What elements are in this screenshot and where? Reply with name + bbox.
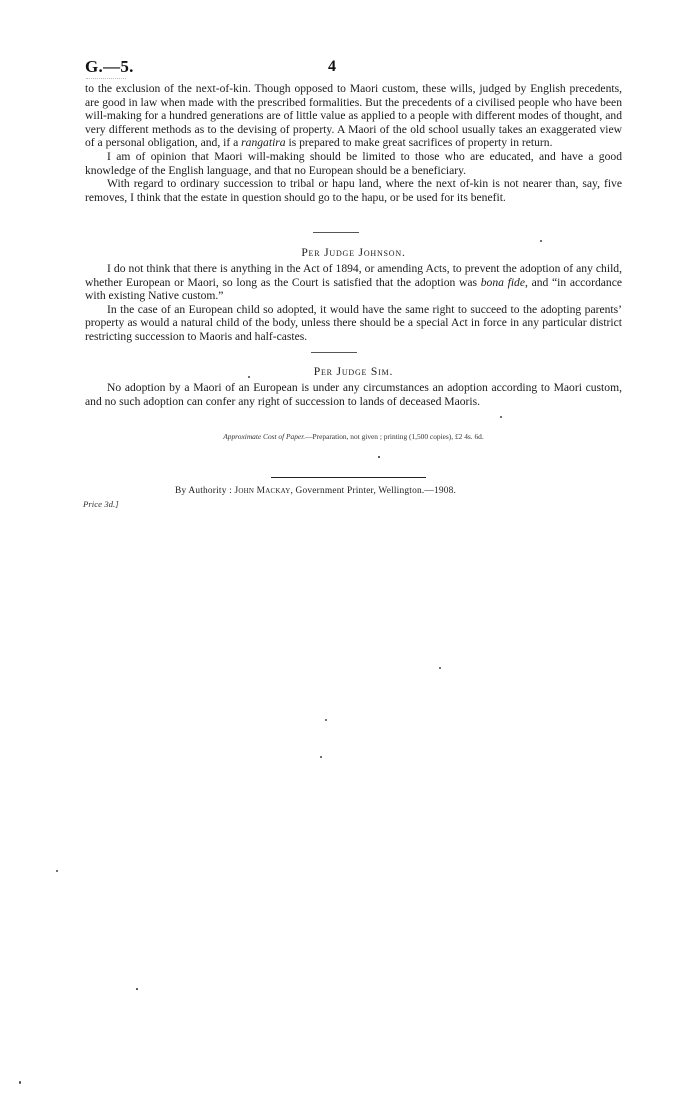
scan-speck	[540, 240, 542, 242]
cost-of-paper-note: Approximate Cost of Paper.—Preparation, …	[85, 432, 622, 441]
header-underline-mark	[86, 78, 126, 81]
scan-speck	[500, 416, 502, 418]
printer-name: John Mackay	[235, 486, 291, 496]
scan-speck	[325, 719, 327, 721]
imprint-rule	[271, 477, 426, 478]
paper-reference: G.—5.	[85, 57, 134, 77]
section-divider	[313, 232, 359, 233]
scan-speck	[19, 1081, 21, 1084]
document-page: G.—5. 4 to the exclusion of the next-of-…	[0, 0, 700, 1119]
johnson-section: I do not think that there is anything in…	[85, 262, 622, 344]
scan-speck	[320, 756, 322, 758]
italic-term: bona fide	[481, 276, 525, 289]
paragraph-no-adoption: No adoption by a Maori of an European is…	[85, 381, 622, 408]
continuation-section: to the exclusion of the next-of-kin. Tho…	[85, 82, 622, 204]
section-divider	[311, 352, 357, 353]
scan-speck	[56, 870, 58, 872]
heading-per-judge-sim: Per Judge Sim.	[85, 365, 622, 378]
paragraph-act-1894: I do not think that there is anything in…	[85, 262, 622, 303]
paragraph-european-child: In the case of an European child so adop…	[85, 303, 622, 344]
page-number: 4	[328, 58, 336, 76]
scan-speck	[439, 667, 441, 669]
printer-imprint: By Authority : John Mackay, Government P…	[175, 486, 456, 496]
paragraph-opinion: I am of opinion that Maori will-making s…	[85, 150, 622, 177]
italic-term: rangatira	[241, 136, 285, 149]
scan-speck	[378, 456, 380, 458]
price-label: Price 3d.]	[83, 499, 119, 509]
sim-section: No adoption by a Maori of an European is…	[85, 381, 622, 408]
paragraph-succession: With regard to ordinary succession to tr…	[85, 177, 622, 204]
scan-speck	[248, 376, 250, 378]
scan-speck	[136, 988, 138, 990]
paragraph-wills: to the exclusion of the next-of-kin. Tho…	[85, 82, 622, 150]
heading-per-judge-johnson: Per Judge Johnson.	[85, 246, 622, 259]
